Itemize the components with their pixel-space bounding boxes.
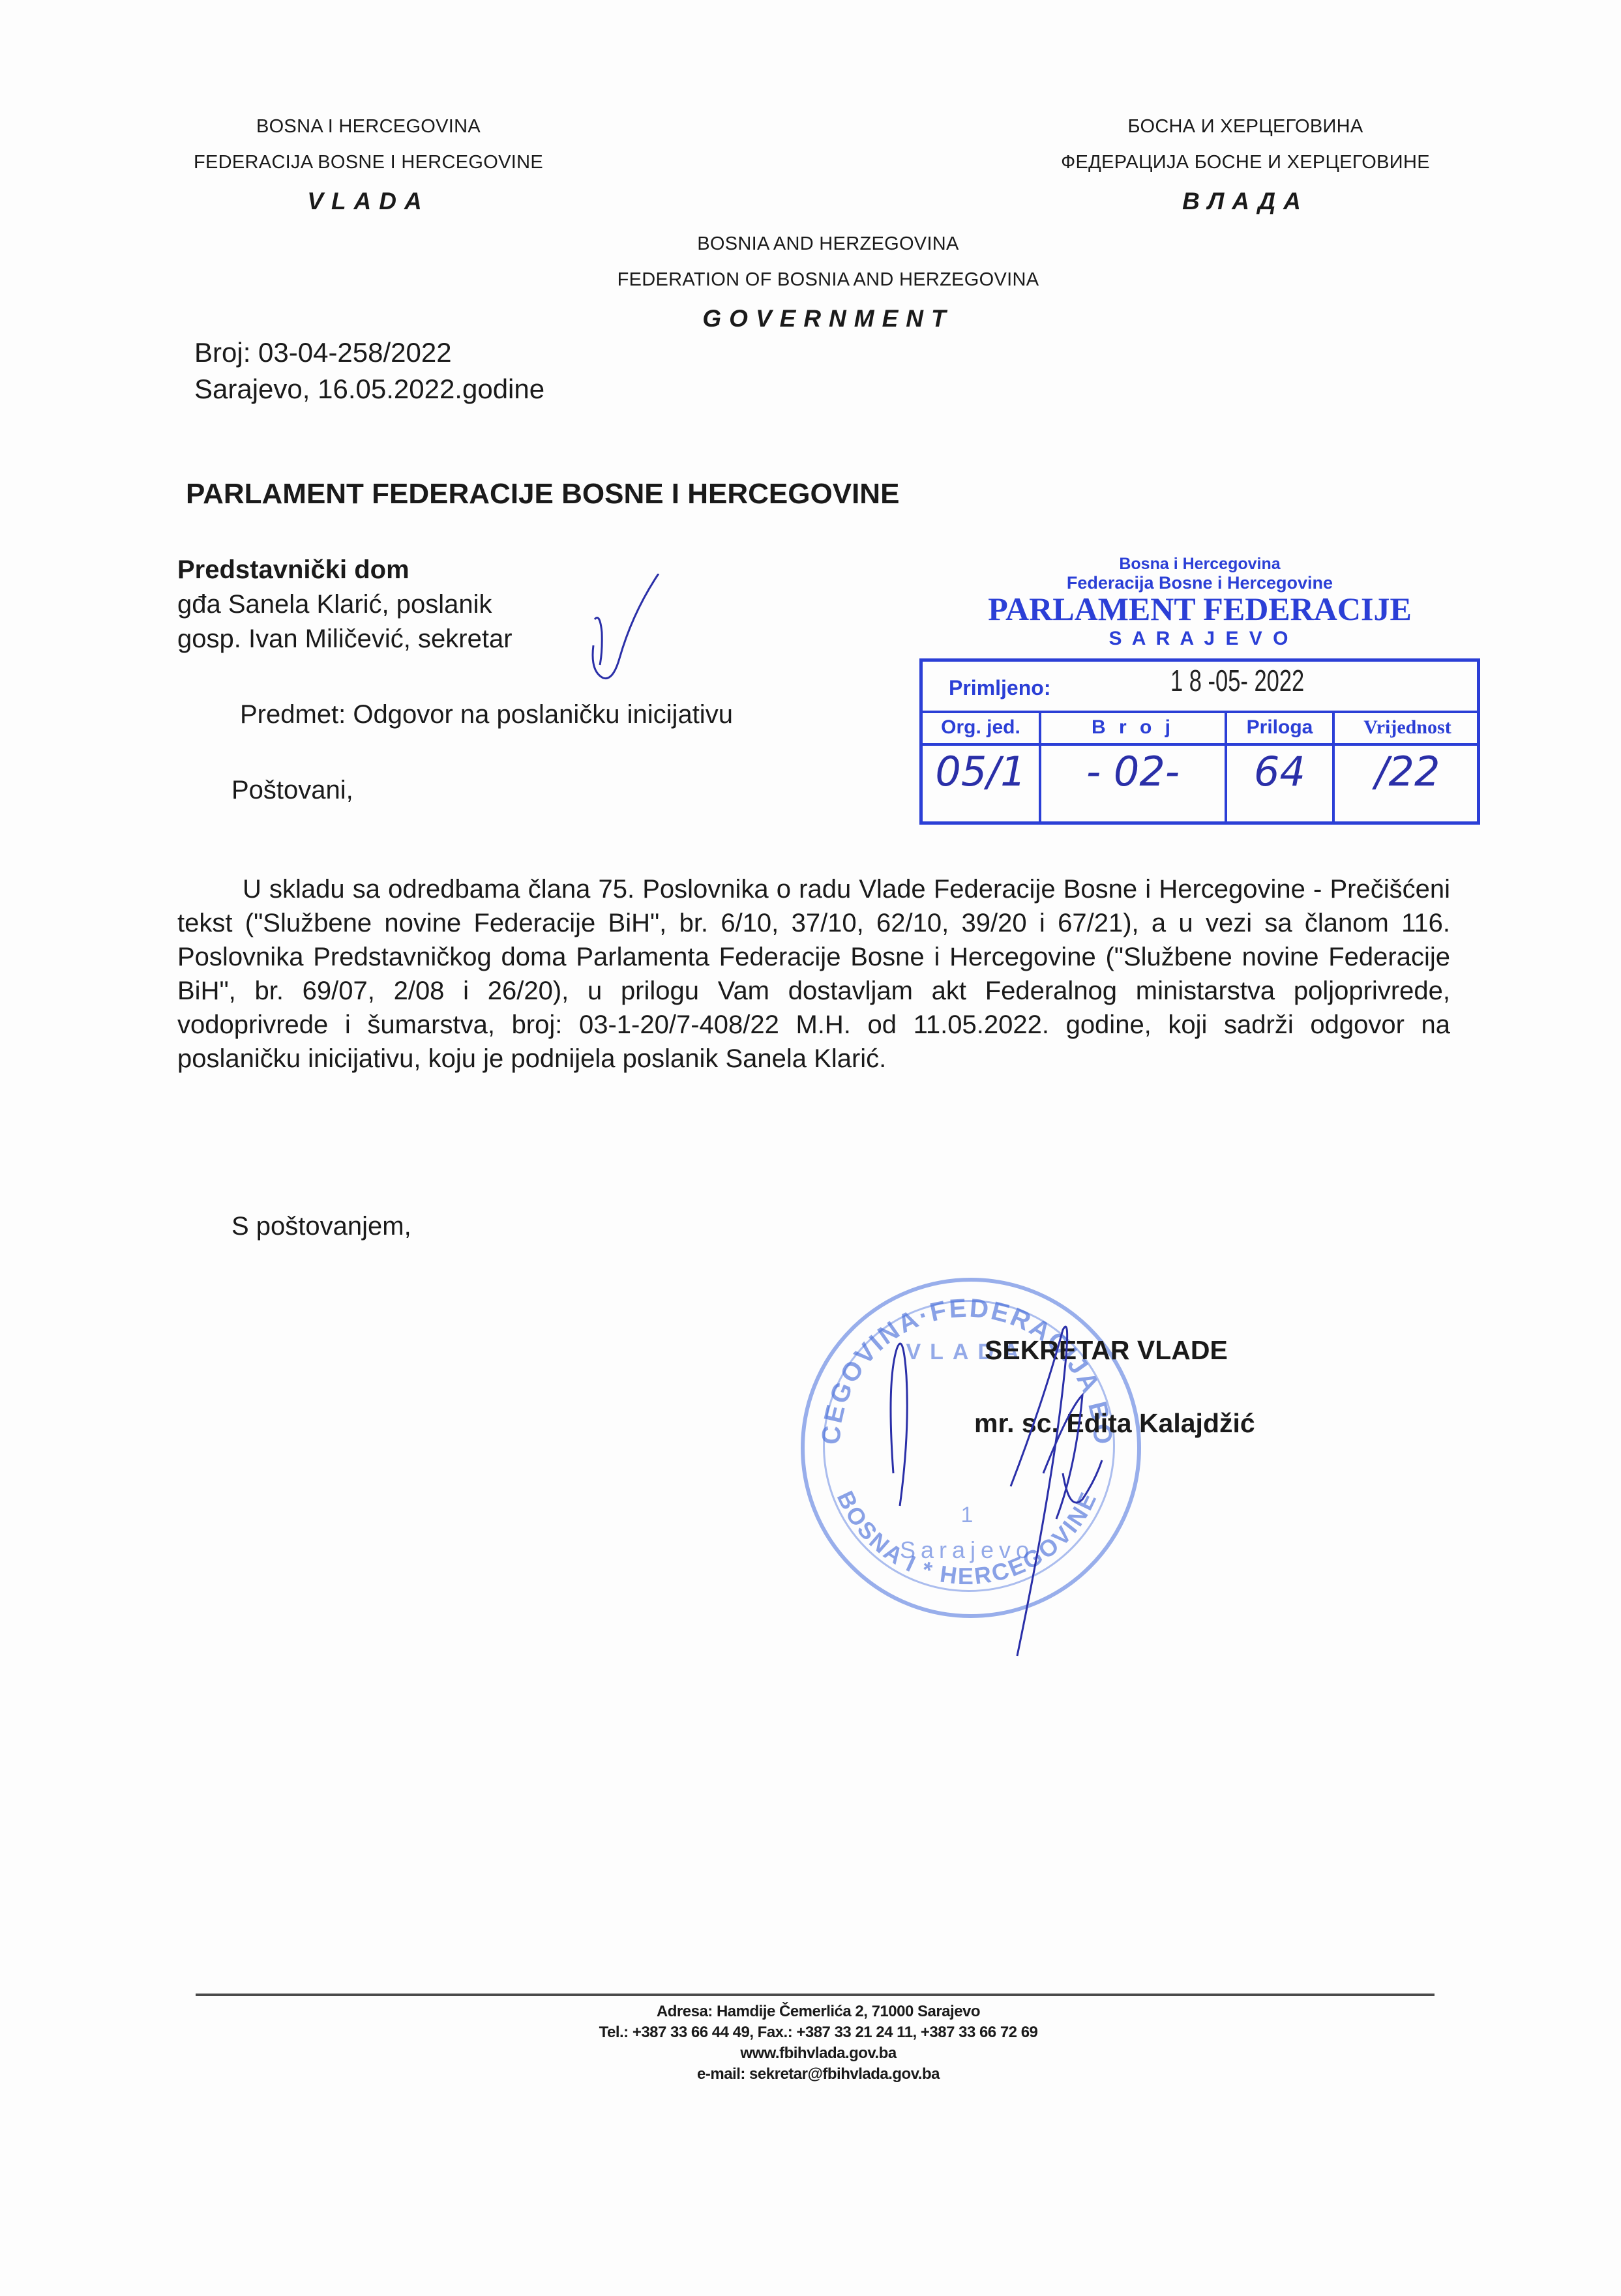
stamp-col-number: B r o j - 02-: [1039, 713, 1225, 825]
recipient-person-1: gđa Sanela Klarić, poslanik: [177, 587, 492, 621]
stamp-header-number: B r o j: [1041, 713, 1225, 739]
stamp-col-org: Org. jed. 05/1: [923, 713, 1039, 825]
stamp-col-attachments: Priloga 64: [1225, 713, 1332, 825]
recipient-house: Predstavnički dom: [177, 553, 409, 587]
received-stamp: Bosna i Hercegovina Federacija Bosne i H…: [913, 551, 1487, 831]
handwritten-signature-icon: [848, 1304, 1239, 1669]
footer-contact: Adresa: Hamdije Čemerlića 2, 71000 Saraj…: [183, 2001, 1454, 2085]
stamp-header-attachments: Priloga: [1227, 713, 1332, 739]
footer-divider: [196, 1994, 1435, 1996]
letterhead-center-federation: FEDERATION OF BOSNIA AND HERZEGOVINA: [535, 269, 1122, 291]
footer-address: Adresa: Hamdije Čemerlića 2, 71000 Saraj…: [183, 2001, 1454, 2022]
initials-checkmark-icon: [580, 574, 672, 691]
stamp-parliament: PARLAMENT FEDERACIJE: [913, 590, 1487, 628]
letterhead-right-federation: ФЕДЕРАЦИЈА БОСНЕ И ХЕРЦЕГОВИНЕ: [1017, 152, 1474, 173]
footer-website[interactable]: www.fbihvlada.gov.ba: [183, 2043, 1454, 2064]
letterhead-center-government: GOVERNMENT: [535, 305, 1122, 332]
stamp-country: Bosna i Hercegovina: [913, 555, 1487, 574]
footer-email[interactable]: e-mail: sekretar@fbihvlada.gov.ba: [183, 2064, 1454, 2085]
salutation: Poštovani,: [231, 773, 353, 807]
closing: S poštovanjem,: [231, 1209, 411, 1243]
stamp-table: Primljeno: 1 8 -05- 2022 Org. jed. 05/1 …: [919, 658, 1480, 825]
letterhead-center-country: BOSNIA AND HERZEGOVINA: [535, 233, 1122, 255]
body-text: U skladu sa odredbama člana 75. Poslovni…: [177, 875, 1450, 1073]
stamp-value-org: 05/1: [923, 739, 1039, 795]
stamp-header-org: Org. jed.: [923, 713, 1039, 739]
stamp-header-value: Vrijednost: [1335, 713, 1480, 739]
stamp-col-value: Vrijednost /22: [1332, 713, 1480, 825]
letterhead-left-federation: FEDERACIJA BOSNE I HERCEGOVINE: [156, 152, 580, 173]
stamp-city: S A R A J E V O: [913, 628, 1487, 650]
letterhead-left-country: BOSNA I HERCEGOVINA: [156, 116, 580, 138]
subject-line: Predmet: Odgovor na poslaničku inicijati…: [240, 698, 733, 731]
reference-number: Broj: 03-04-258/2022: [194, 334, 452, 371]
stamp-value-attachments: 64: [1227, 739, 1332, 795]
letterhead-right-country: БОСНА И ХЕРЦЕГОВИНА: [1017, 116, 1474, 138]
recipient-institution: PARLAMENT FEDERACIJE BOSNE I HERCEGOVINE: [186, 478, 899, 510]
letterhead-right-government: ВЛАДА: [1017, 188, 1474, 215]
stamp-value-number: - 02-: [1041, 739, 1225, 795]
body-paragraph: U skladu sa odredbama člana 75. Poslovni…: [177, 872, 1450, 1076]
letterhead-left-government: VLADA: [156, 188, 580, 215]
stamp-received-label: Primljeno:: [949, 676, 1050, 700]
stamp-received-date: 1 8 -05- 2022: [1170, 663, 1304, 698]
reference-place-date: Sarajevo, 16.05.2022.godine: [194, 371, 544, 407]
stamp-value-value: /22: [1335, 739, 1480, 795]
recipient-person-2: gosp. Ivan Miličević, sekretar: [177, 622, 513, 656]
footer-phone: Tel.: +387 33 66 44 49, Fax.: +387 33 21…: [183, 2022, 1454, 2043]
